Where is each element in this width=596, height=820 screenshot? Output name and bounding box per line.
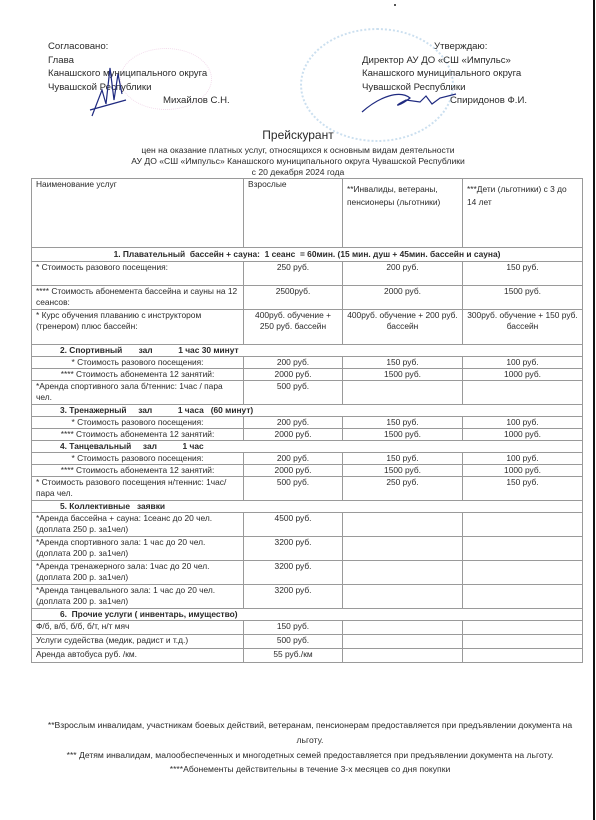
- service-name: **** Стоимость абонемента 12 занятий:: [32, 465, 244, 477]
- price-adults: 400руб. обучение + 250 руб. бассейн: [244, 310, 343, 345]
- subtitle-date: с 20 декабря 2024 года: [0, 167, 596, 178]
- price-adults: 200 руб.: [244, 453, 343, 465]
- service-name: *Аренда бассейна + сауна: 1сеанс до 20 ч…: [32, 513, 244, 537]
- table-header-row: Наименование услуг Взрослые **Инвалиды, …: [32, 179, 583, 248]
- price-benefits: [343, 561, 463, 585]
- approval-right-label: Утверждаю:: [362, 40, 527, 54]
- footnote: ****Абонементы действительны в течение 3…: [40, 762, 580, 777]
- price-children: 100 руб.: [463, 357, 583, 369]
- price-children: 300руб. обучение + 150 руб. бассейн: [463, 310, 583, 345]
- section-title: 2. Спортивный зал 1 час 30 минут: [32, 345, 583, 357]
- price-adults: 2000 руб.: [244, 429, 343, 441]
- price-benefits: 400руб. обучение + 200 руб. бассейн: [343, 310, 463, 345]
- price-table: Наименование услуг Взрослые **Инвалиды, …: [31, 178, 583, 663]
- section-title: 6. Прочие услуги ( инвентарь, имущество): [32, 609, 583, 621]
- service-name: **** Стоимость абонемента 12 занятий:: [32, 429, 244, 441]
- section-header-row: 1. Плавательный бассейн + сауна: 1 сеанс…: [32, 248, 583, 262]
- price-benefits: [343, 537, 463, 561]
- price-adults: 250 руб.: [244, 262, 343, 286]
- table-row: Ф/б, в/б, б/б, б/т, н/т мяч150 руб.: [32, 621, 583, 635]
- header-service: Наименование услуг: [32, 179, 244, 248]
- table-body: 1. Плавательный бассейн + сауна: 1 сеанс…: [32, 248, 583, 663]
- section-header-row: 4. Танцевальный зал 1 час: [32, 441, 583, 453]
- service-name: Услуги судейства (медик, радист и т.д.): [32, 635, 244, 649]
- price-children: 1000 руб.: [463, 465, 583, 477]
- price-children: 150 руб.: [463, 262, 583, 286]
- price-children: 100 руб.: [463, 453, 583, 465]
- price-adults: 200 руб.: [244, 357, 343, 369]
- price-benefits: 1500 руб.: [343, 429, 463, 441]
- price-adults: 3200 руб.: [244, 537, 343, 561]
- price-children: 100 руб.: [463, 417, 583, 429]
- price-benefits: 200 руб.: [343, 262, 463, 286]
- section-header-row: 3. Тренажерный зал 1 часа (60 минут): [32, 405, 583, 417]
- price-adults: 2000 руб.: [244, 369, 343, 381]
- approval-left-line: Чувашской Республики: [48, 81, 230, 95]
- table-row: **** Стоимость абонемента 12 занятий:200…: [32, 369, 583, 381]
- price-adults: 3200 руб.: [244, 585, 343, 609]
- service-name: *Аренда спортивного зала: 1 час до 20 че…: [32, 537, 244, 561]
- price-children: [463, 635, 583, 649]
- price-children: 1000 руб.: [463, 429, 583, 441]
- price-children: 1500 руб.: [463, 286, 583, 310]
- footnote: *** Детям инвалидам, малообеспеченных и …: [40, 748, 580, 763]
- footnote: **Взрослым инвалидам, участникам боевых …: [40, 718, 580, 748]
- table-row: * Стоимость разового посещения н/теннис:…: [32, 477, 583, 501]
- table-row: *Аренда тренажерного зала: 1час до 20 че…: [32, 561, 583, 585]
- price-benefits: 150 руб.: [343, 357, 463, 369]
- approval-left-signatory: Михайлов С.Н.: [48, 94, 230, 108]
- header-children: ***Дети (льготники) с 3 до 14 лет: [463, 179, 583, 248]
- approval-left-line: Канашского муниципального округа: [48, 67, 230, 81]
- service-name: Аренда автобуса руб. /км.: [32, 649, 244, 663]
- price-adults: 500 руб.: [244, 635, 343, 649]
- price-benefits: 150 руб.: [343, 417, 463, 429]
- price-benefits: 1500 руб.: [343, 465, 463, 477]
- price-adults: 200 руб.: [244, 417, 343, 429]
- price-benefits: 150 руб.: [343, 453, 463, 465]
- price-benefits: [343, 585, 463, 609]
- table-row: * Стоимость разового посещения:200 руб.1…: [32, 357, 583, 369]
- document-title: Прейскурант: [0, 128, 596, 142]
- section-header-row: 2. Спортивный зал 1 час 30 минут: [32, 345, 583, 357]
- approval-left-line: Глава: [48, 54, 230, 68]
- subtitle-line: АУ ДО «СШ «Импульс» Канашского муниципал…: [0, 156, 596, 167]
- service-name: * Стоимость разового посещения:: [32, 453, 244, 465]
- price-adults: 500 руб.: [244, 381, 343, 405]
- table-row: *Аренда танцевального зала: 1 час до 20 …: [32, 585, 583, 609]
- approval-left-block: Согласовано: Глава Канашского муниципаль…: [48, 40, 230, 108]
- section-header-row: 6. Прочие услуги ( инвентарь, имущество): [32, 609, 583, 621]
- service-name: *Аренда спортивного зала б/теннис: 1час …: [32, 381, 244, 405]
- price-children: [463, 561, 583, 585]
- service-name: * Стоимость разового посещения:: [32, 357, 244, 369]
- table-row: * Стоимость разового посещения:250 руб.2…: [32, 262, 583, 286]
- price-adults: 4500 руб.: [244, 513, 343, 537]
- price-benefits: [343, 621, 463, 635]
- price-adults: 55 руб./км: [244, 649, 343, 663]
- price-children: [463, 513, 583, 537]
- section-title: 4. Танцевальный зал 1 час: [32, 441, 583, 453]
- service-name: *Аренда тренажерного зала: 1час до 20 че…: [32, 561, 244, 585]
- section-title: 5. Коллективные заявки: [32, 501, 583, 513]
- price-adults: 150 руб.: [244, 621, 343, 635]
- document-subtitle: цен на оказание платных услуг, относящих…: [0, 145, 596, 178]
- table-row: *Аренда бассейна + сауна: 1сеанс до 20 ч…: [32, 513, 583, 537]
- price-children: [463, 649, 583, 663]
- header-adults: Взрослые: [244, 179, 343, 248]
- price-children: [463, 621, 583, 635]
- table-row: Услуги судейства (медик, радист и т.д.)5…: [32, 635, 583, 649]
- table-row: Аренда автобуса руб. /км.55 руб./км: [32, 649, 583, 663]
- approval-right-line: Канашского муниципального округа: [362, 67, 527, 81]
- price-children: 150 руб.: [463, 477, 583, 501]
- price-benefits: [343, 513, 463, 537]
- service-name: **** Стоимость абонемента 12 занятий:: [32, 369, 244, 381]
- price-adults: 2000 руб.: [244, 465, 343, 477]
- price-benefits: [343, 381, 463, 405]
- price-benefits: 1500 руб.: [343, 369, 463, 381]
- table-row: **** Стоимость абонемента 12 занятий:200…: [32, 429, 583, 441]
- signature-left: [88, 60, 128, 120]
- table-row: * Стоимость разового посещения:200 руб.1…: [32, 453, 583, 465]
- price-benefits: [343, 649, 463, 663]
- price-adults: 2500руб.: [244, 286, 343, 310]
- signature-right: [360, 86, 460, 116]
- service-name: * Стоимость разового посещения:: [32, 262, 244, 286]
- section-header-row: 5. Коллективные заявки: [32, 501, 583, 513]
- price-benefits: 250 руб.: [343, 477, 463, 501]
- table-row: **** Стоимость абонемента бассейна и сау…: [32, 286, 583, 310]
- approval-right-line: Директор АУ ДО «СШ «Импульс»: [362, 54, 527, 68]
- table-row: * Курс обучения плаванию с инструктором …: [32, 310, 583, 345]
- price-children: 1000 руб.: [463, 369, 583, 381]
- price-adults: 3200 руб.: [244, 561, 343, 585]
- service-name: * Курс обучения плаванию с инструктором …: [32, 310, 244, 345]
- price-benefits: 2000 руб.: [343, 286, 463, 310]
- price-benefits: [343, 635, 463, 649]
- section-title: 3. Тренажерный зал 1 часа (60 минут): [32, 405, 583, 417]
- subtitle-line: цен на оказание платных услуг, относящих…: [0, 145, 596, 156]
- service-name: * Стоимость разового посещения:: [32, 417, 244, 429]
- table-row: *Аренда спортивного зала б/теннис: 1час …: [32, 381, 583, 405]
- table-row: **** Стоимость абонемента 12 занятий:200…: [32, 465, 583, 477]
- price-adults: 500 руб.: [244, 477, 343, 501]
- service-name: *Аренда танцевального зала: 1 час до 20 …: [32, 585, 244, 609]
- header-benefits: **Инвалиды, ветераны, пенсионеры (льготн…: [343, 179, 463, 248]
- section-title: 1. Плавательный бассейн + сауна: 1 сеанс…: [32, 248, 583, 262]
- service-name: **** Стоимость абонемента бассейна и сау…: [32, 286, 244, 310]
- page-edge: [593, 0, 595, 820]
- table-row: *Аренда спортивного зала: 1 час до 20 че…: [32, 537, 583, 561]
- footnotes: **Взрослым инвалидам, участникам боевых …: [40, 718, 580, 777]
- table-row: * Стоимость разового посещения:200 руб.1…: [32, 417, 583, 429]
- service-name: Ф/б, в/б, б/б, б/т, н/т мяч: [32, 621, 244, 635]
- approval-left-label: Согласовано:: [48, 40, 230, 54]
- price-children: [463, 381, 583, 405]
- service-name: * Стоимость разового посещения н/теннис:…: [32, 477, 244, 501]
- scan-speck: [394, 4, 396, 6]
- price-children: [463, 585, 583, 609]
- price-children: [463, 537, 583, 561]
